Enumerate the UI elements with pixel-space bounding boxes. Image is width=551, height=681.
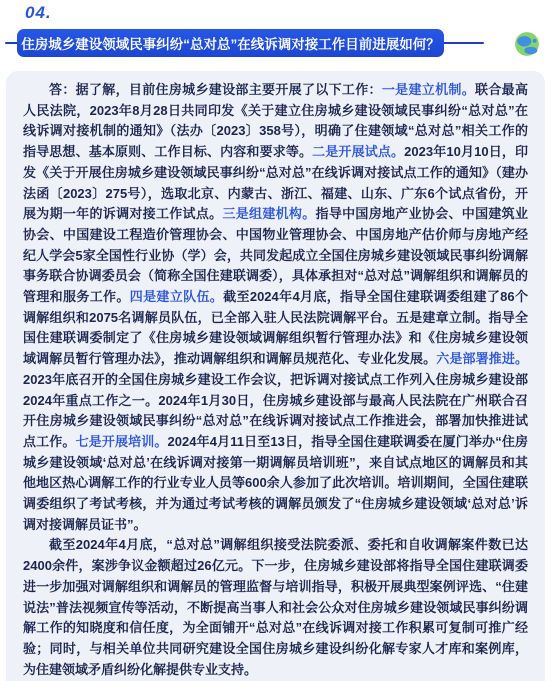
highlight-phrase: 一是建立机制。 bbox=[382, 82, 475, 97]
highlight-phrase: 七是开展培训。 bbox=[76, 434, 168, 449]
question-banner: 住房城乡建设领域民事纠纷“总对总”在线诉调对接工作目前进展如何？ bbox=[17, 29, 444, 57]
highlight-phrase: 四是建立队伍。 bbox=[130, 289, 223, 304]
answer-card: 答：据了解，目前住房城乡建设部主要开展了以下工作：一是建立机制。联合最高人民法院… bbox=[6, 71, 545, 681]
highlight-phrase: 六是部署推进。 bbox=[436, 351, 528, 366]
globe-icon bbox=[514, 31, 540, 57]
text-segment: 截至2024年4月底，“总对总”调解组织接受法院委派、委托和自收调解案件数已达2… bbox=[23, 537, 528, 676]
answer-text: 答：据了解，目前住房城乡建设部主要开展了以下工作：一是建立机制。联合最高人民法院… bbox=[23, 80, 528, 680]
highlight-phrase: 三是组建机构。 bbox=[222, 206, 315, 221]
text-segment: 答：据了解，目前住房城乡建设部主要开展了以下工作： bbox=[49, 82, 382, 97]
answer-paragraph: 截至2024年4月底，“总对总”调解组织接受法院委派、委托和自收调解案件数已达2… bbox=[23, 535, 528, 680]
answer-paragraph: 答：据了解，目前住房城乡建设部主要开展了以下工作：一是建立机制。联合最高人民法院… bbox=[23, 80, 528, 535]
highlight-phrase: 二是开展试点。 bbox=[312, 144, 404, 159]
question-number: 04. bbox=[25, 3, 52, 23]
decorative-line-right bbox=[443, 42, 484, 44]
article-page: 04. 住房城乡建设领域民事纠纷“总对总”在线诉调对接工作目前进展如何？ 答：据… bbox=[0, 0, 551, 681]
question-text: 住房城乡建设领域民事纠纷“总对总”在线诉调对接工作目前进展如何？ bbox=[21, 33, 440, 53]
